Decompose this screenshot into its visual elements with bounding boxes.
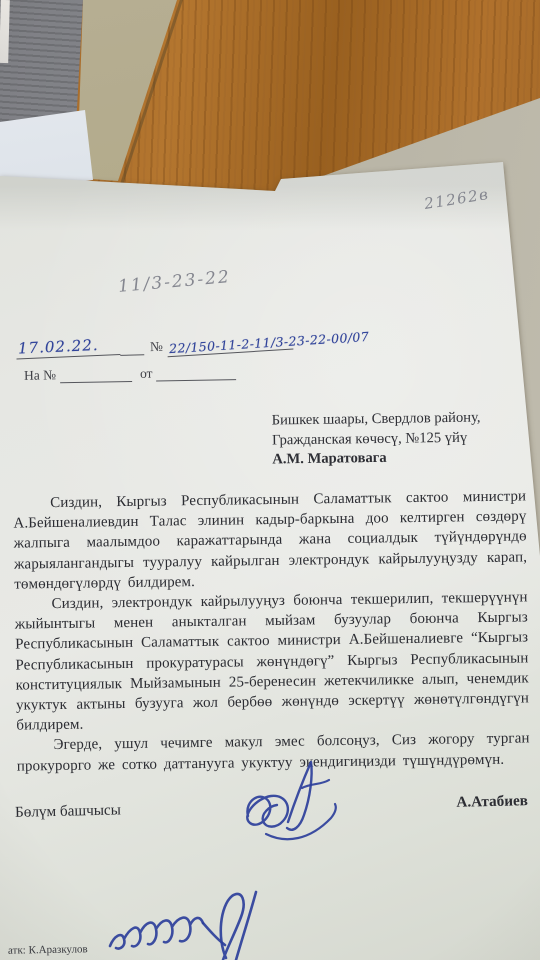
- body-paragraph-1: Сиздин, Кыргыз Республикасынын Саламатты…: [13, 486, 527, 594]
- number-sign: №: [150, 339, 163, 355]
- reply-reference-line: На № от: [24, 364, 237, 384]
- executor-note: атк: К.Аразкулов: [8, 943, 88, 956]
- desk-photo: 21262в 11/3-23-22 17.02.22. № 22/150-11-…: [0, 0, 540, 960]
- document-sheet-wrap: 21262в 11/3-23-22 17.02.22. № 22/150-11-…: [0, 0, 540, 960]
- handwritten-date: 17.02.22.: [16, 335, 121, 360]
- body-paragraph-2: Сиздин, электрондук кайрылууңуз боюнча т…: [14, 587, 529, 736]
- blank-line: [156, 365, 236, 381]
- handwritten-case-number: 11/3-23-22: [117, 267, 231, 297]
- executor-signature: [104, 888, 299, 960]
- signatory-position: Бөлүм башчысы: [15, 801, 121, 821]
- reply-to-label: На №: [24, 367, 56, 384]
- letter-body: Сиздин, Кыргыз Республикасынын Саламатты…: [13, 486, 530, 776]
- signatory-name: А.Атабиев: [456, 792, 528, 812]
- handwritten-outgoing-number: 22/150-11-2-11/3-23-22-00/07: [167, 329, 372, 358]
- recipient-name: А.М. Маратовага: [272, 448, 481, 470]
- letter-content: 21262в 11/3-23-22 17.02.22. № 22/150-11-…: [0, 0, 540, 960]
- date-number-line: 17.02.22. № 22/150-11-2-11/3-23-22-00/07: [16, 329, 372, 358]
- official-signature: [236, 758, 348, 842]
- reply-from-label: от: [140, 366, 153, 382]
- document-sheet: 21262в 11/3-23-22 17.02.22. № 22/150-11-…: [0, 0, 540, 960]
- blank-line: [60, 367, 132, 383]
- recipient-block: Бишкек шаары, Свердлов району, Гражданск…: [272, 409, 482, 470]
- blank-line: [120, 340, 144, 356]
- handwritten-registration-number: 21262в: [423, 185, 490, 213]
- recipient-address-line1: Бишкек шаары, Свердлов району,: [272, 409, 481, 431]
- recipient-address-line2: Гражданская көчөсү, №125 үйү: [272, 428, 481, 450]
